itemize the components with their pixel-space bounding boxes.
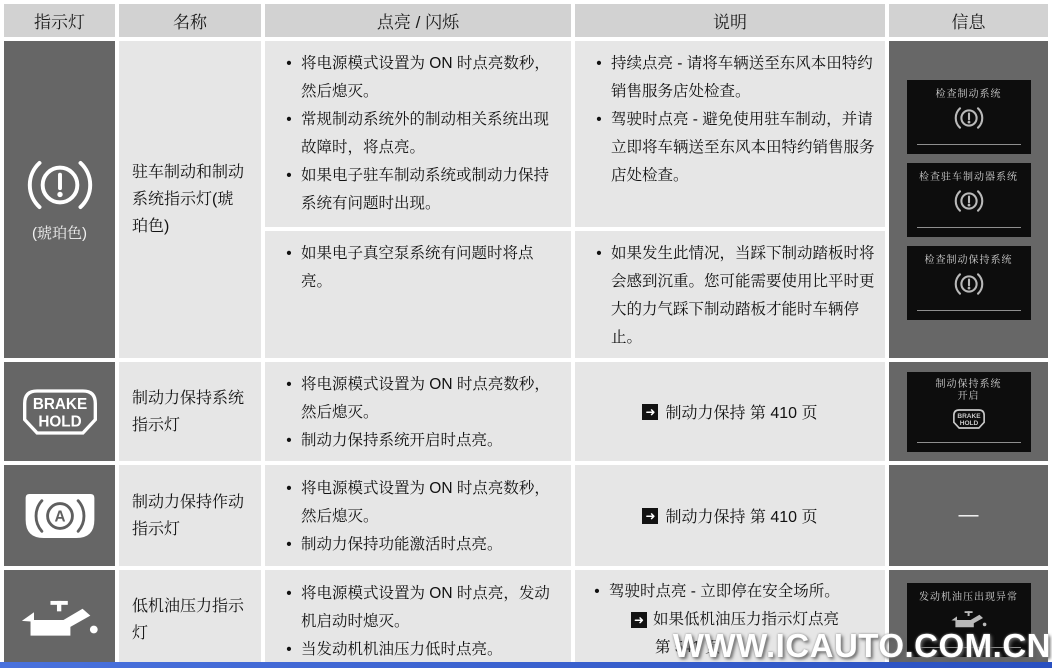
lit-flash-cell: 将电源模式设置为 ON 时点亮数秒，然后熄灭。 制动力保持功能激活时点亮。 <box>265 465 571 566</box>
bullet-item: 如果电子真空泵系统有问题时将点亮。 <box>277 240 563 296</box>
bullet-dot <box>585 578 609 606</box>
page-reference: 制动力保持 第 410 页 <box>665 504 817 527</box>
description-cell: 持续点亮 - 请将车辆送至东风本田特约销售服务店处检查。 驾驶时点亮 - 避免使… <box>575 41 885 227</box>
lit-desc-group: 将电源模式设置为 ON 时点亮数秒，然后熄灭。 常规制动系统外的制动相关系统出现… <box>265 41 885 358</box>
table-row-brake-hold-system: BRAKE HOLD 制动力保持系统指示灯 将电源模式设置为 ON 时点亮数秒，… <box>4 362 1048 461</box>
bullet-item: 如果发生此情况，当踩下制动踏板时将会感到沉重。您可能需要使用比平时更大的力气踩下… <box>587 240 877 352</box>
col-header-indicator: 指示灯 <box>4 4 115 37</box>
indicator-name: 制动力保持系统指示灯 <box>119 362 261 461</box>
bullet-dot <box>277 106 301 162</box>
page-reference: 制动力保持 第 410 页 <box>665 400 817 423</box>
indicator-name: 驻车制动和制动系统指示灯(琥珀色) <box>119 41 261 358</box>
bullet-item: 驾驶时点亮 - 避免使用驻车制动，并请立即将车辆送至东风本田特约销售服务店处检查… <box>587 106 877 190</box>
bullet-item: 制动力保持系统开启时点亮。 <box>277 427 563 455</box>
svg-text:BRAKE: BRAKE <box>32 396 86 413</box>
brake-warning-icon <box>951 105 987 131</box>
svg-text:BRAKE: BRAKE <box>957 412 981 419</box>
bullet-dot <box>587 106 611 190</box>
brake-hold-active-icon: A <box>18 488 102 544</box>
page-reference-arrow-icon <box>642 404 658 420</box>
table-header-row: 指示灯 名称 点亮 / 闪烁 说明 信息 <box>4 4 1048 37</box>
bullet-dot <box>277 50 301 106</box>
indicator-cell: A <box>4 465 115 566</box>
bullet-dot <box>277 531 301 559</box>
table-row-brake-hold-operation: A 制动力保持作动指示灯 将电源模式设置为 ON 时点亮数秒，然后熄灭。 制动力… <box>4 465 1048 566</box>
col-header-lit-flash: 点亮 / 闪烁 <box>265 4 571 37</box>
bullet-item: 持续点亮 - 请将车辆送至东风本田特约销售服务店处检查。 <box>587 50 877 106</box>
brake-warning-icon <box>951 188 987 214</box>
lit-flash-cell: 如果电子真空泵系统有问题时将点亮。 <box>265 231 571 358</box>
info-cell: — <box>889 465 1048 566</box>
bullet-item: 将电源模式设置为 ON 时点亮数秒，然后熄灭。 <box>277 371 563 427</box>
bullet-item: 常规制动系统外的制动相关系统出现故障时，将点亮。 <box>277 106 563 162</box>
brake-hold-icon: BRAKE HOLD <box>951 407 987 431</box>
bullet-dot <box>277 162 301 218</box>
info-cell: 检查制动系统 检查驻车制动器系统 <box>889 41 1048 358</box>
indicator-name: 制动力保持作动指示灯 <box>119 465 261 566</box>
no-info-dash: — <box>959 504 979 527</box>
svg-text:HOLD: HOLD <box>38 413 81 430</box>
col-header-description: 说明 <box>575 4 885 37</box>
bullet-item: 制动力保持功能激活时点亮。 <box>277 531 563 559</box>
brake-warning-icon <box>951 271 987 297</box>
bullet-dot <box>277 240 301 296</box>
lit-flash-cell: 将电源模式设置为 ON 时点亮数秒，然后熄灭。 制动力保持系统开启时点亮。 <box>265 362 571 461</box>
bullet-dot <box>277 636 301 664</box>
indicator-cell <box>4 570 115 668</box>
col-header-info: 信息 <box>889 4 1048 37</box>
info-panel-check-brake-system: 检查制动系统 <box>907 80 1031 154</box>
description-cell: 如果发生此情况，当踩下制动踏板时将会感到沉重。您可能需要使用比平时更大的力气踩下… <box>575 231 885 358</box>
brake-warning-icon <box>19 156 101 214</box>
info-panel-check-parking-brake-system: 检查驻车制动器系统 <box>907 163 1031 237</box>
bullet-dot <box>277 580 301 636</box>
bullet-item: 将电源模式设置为 ON 时点亮数秒，然后熄灭。 <box>277 475 563 531</box>
bullet-dot <box>277 427 301 455</box>
info-panel-check-brake-hold-system: 检查制动保持系统 <box>907 246 1031 320</box>
indicator-cell: (琥珀色) <box>4 41 115 358</box>
info-cell: 制动保持系统 开启 BRAKE HOLD <box>889 362 1048 461</box>
description-cell: 制动力保持 第 410 页 <box>575 465 885 566</box>
panel-divider <box>917 227 1021 228</box>
lit-flash-cell: 将电源模式设置为 ON 时点亮数秒，然后熄灭。 常规制动系统外的制动相关系统出现… <box>265 41 571 227</box>
bullet-item: 如果电子驻车制动系统或制动力保持系统有问题时出现。 <box>277 162 563 218</box>
bullet-item: 将电源模式设置为 ON 时点亮，发动机启动时熄灭。 <box>277 580 563 636</box>
description-cell: 制动力保持 第 410 页 <box>575 362 885 461</box>
table-row-parking-brake: (琥珀色) 驻车制动和制动系统指示灯(琥珀色) 将电源模式设置为 ON 时点亮数… <box>4 41 1048 358</box>
panel-divider <box>917 442 1021 443</box>
page-reference-arrow-icon <box>631 612 647 628</box>
indicator-caption: (琥珀色) <box>32 222 87 243</box>
bullet-item: 当发动机机油压力低时点亮。 <box>277 636 563 664</box>
panel-divider <box>917 144 1021 145</box>
lit-flash-cell: 将电源模式设置为 ON 时点亮，发动机启动时熄灭。 当发动机机油压力低时点亮。 <box>265 570 571 668</box>
col-header-name: 名称 <box>119 4 261 37</box>
indicator-lights-table: 指示灯 名称 点亮 / 闪烁 说明 信息 (琥珀色) 驻车制动和制动系统指示灯(… <box>0 0 1052 668</box>
indicator-name: 低机油压力指示灯 <box>119 570 261 668</box>
info-panel-brake-hold-on: 制动保持系统 开启 BRAKE HOLD <box>907 372 1031 452</box>
panel-divider <box>917 310 1021 311</box>
brake-hold-icon: BRAKE HOLD <box>18 384 102 440</box>
svg-text:A: A <box>54 508 65 525</box>
indicator-cell: BRAKE HOLD <box>4 362 115 461</box>
bullet-dot <box>277 475 301 531</box>
page-reference-arrow-icon <box>642 508 658 524</box>
bullet-dot <box>277 371 301 427</box>
low-oil-pressure-icon <box>16 594 104 646</box>
bullet-dot <box>587 240 611 352</box>
bullet-item: 驾驶时点亮 - 立即停在安全场所。 <box>585 578 877 606</box>
svg-text:HOLD: HOLD <box>959 420 978 427</box>
bullet-item: 将电源模式设置为 ON 时点亮数秒，然后熄灭。 <box>277 50 563 106</box>
bullet-dot <box>587 50 611 106</box>
watermark: WWW.ICAUTO.COM.CN <box>673 627 1051 665</box>
